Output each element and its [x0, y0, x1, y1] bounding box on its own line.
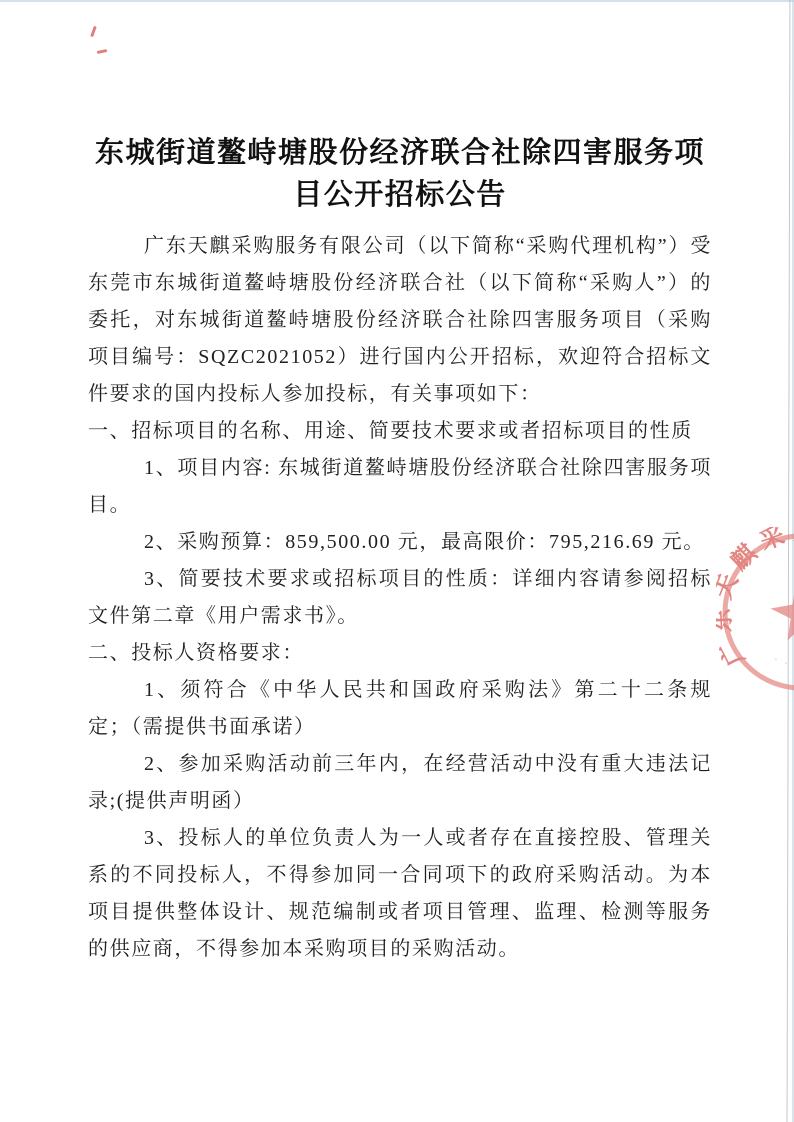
- seal-ring: [716, 527, 794, 697]
- seal-micro-marks: · · · · · · ·: [771, 643, 794, 676]
- paragraph: 广东天麒采购服务有限公司（以下简称“采购代理机构”）受东莞市东城街道鳌峙塘股份经…: [88, 228, 712, 413]
- paragraph: 1、须符合《中华人民共和国政府采购法》第二十二条规定；（需提供书面承诺）: [88, 672, 712, 746]
- paragraph: 1、项目内容: 东城街道鳌峙塘股份经济联合社除四害服务项目。: [88, 450, 712, 524]
- paragraph: 2、采购预算：859,500.00 元，最高限价：795,216.69 元。: [88, 524, 712, 561]
- red-ink-speck: [97, 49, 107, 54]
- paragraph: 3、简要技术要求或招标项目的性质：详细内容请参阅招标文件第二章《用户需求书》。: [88, 561, 712, 635]
- paragraph: 一、招标项目的名称、用途、简要技术要求或者招标项目的性质: [88, 413, 712, 450]
- paragraph: 2、参加采购活动前三年内，在经营活动中没有重大违法记录;(提供声明函）: [88, 746, 712, 820]
- company-seal: 广东天麒采购 · · · · · · ·: [716, 527, 794, 697]
- page-title: 东城街道鳌峙塘股份经济联合社除四害服务项目公开招标公告: [88, 132, 712, 216]
- seal-arc-text: 广东天麒采购: [716, 527, 794, 672]
- paragraph: 3、投标人的单位负责人为一人或者存在直接控股、管理关系的不同投标人，不得参加同一…: [88, 820, 712, 968]
- document-body: 广东天麒采购服务有限公司（以下简称“采购代理机构”）受东莞市东城街道鳌峙塘股份经…: [88, 228, 712, 968]
- document-content: 东城街道鳌峙塘股份经济联合社除四害服务项目公开招标公告 广东天麒采购服务有限公司…: [88, 132, 712, 968]
- scan-edge-top-line: [0, 0, 794, 2]
- svg-text:· · · · · · ·: · · · · · · ·: [771, 643, 794, 676]
- scan-fold-line: [787, 0, 791, 1122]
- svg-text:广东天麒采购: 广东天麒采购: [716, 527, 794, 672]
- paragraph: 二、投标人资格要求：: [88, 635, 712, 672]
- red-ink-speck: [90, 26, 97, 37]
- scanned-document-page: 东城街道鳌峙塘股份经济联合社除四害服务项目公开招标公告 广东天麒采购服务有限公司…: [0, 0, 794, 1122]
- seal-star-icon: [767, 577, 794, 642]
